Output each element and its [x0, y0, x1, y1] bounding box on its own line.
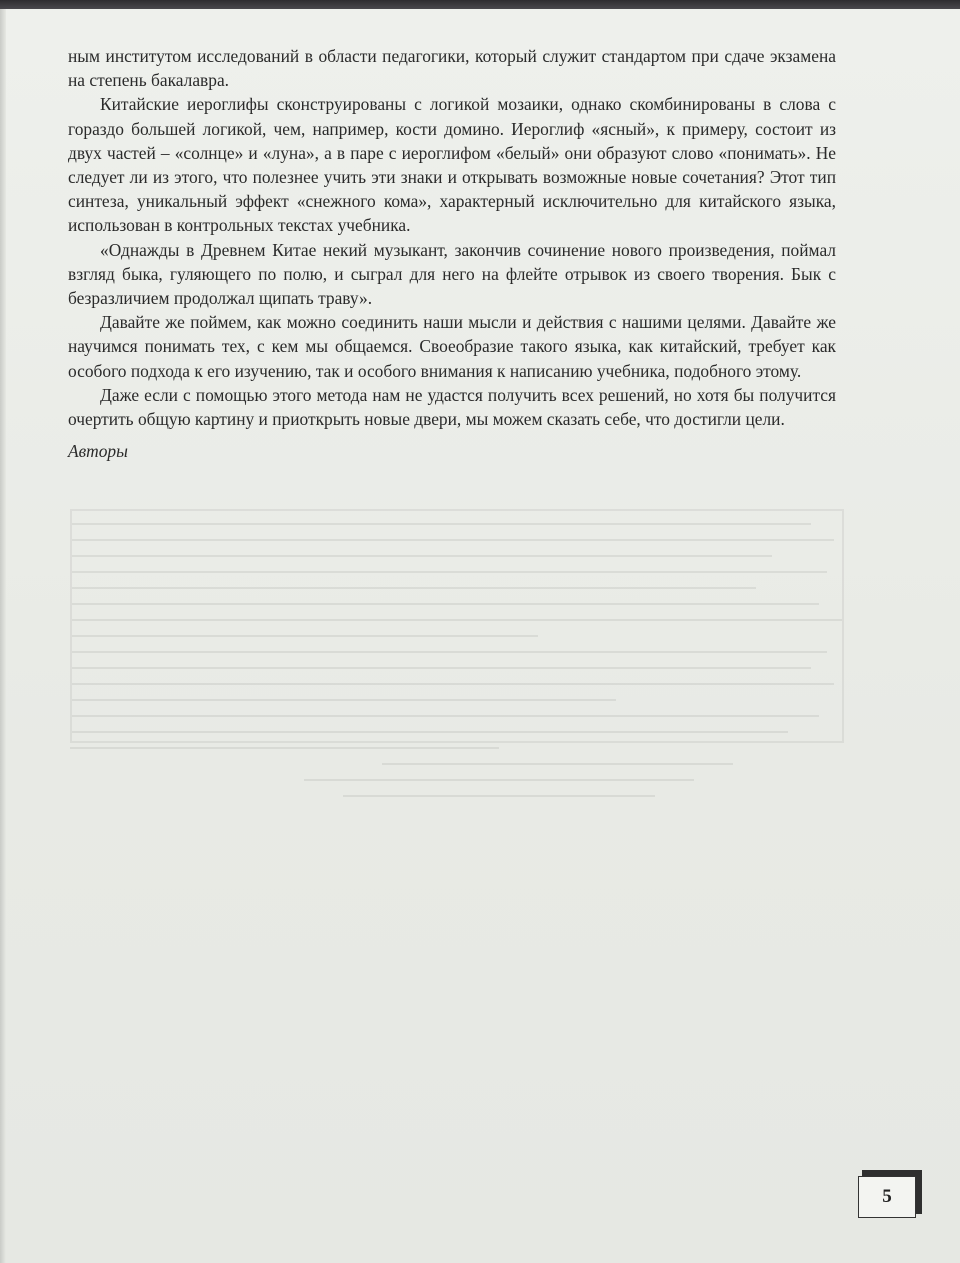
show-through-from-reverse-page	[70, 509, 850, 1129]
page-number: 5	[858, 1176, 916, 1218]
paragraph-4: Давайте же поймем, как можно соединить н…	[68, 310, 836, 383]
signature-authors: Авторы	[68, 439, 836, 463]
paragraph-5: Даже если с помощью этого метода нам не …	[68, 383, 836, 431]
paragraph-3-quote: «Однажды в Древнем Китае некий музыкант,…	[68, 238, 836, 311]
scan-top-edge	[0, 0, 960, 9]
page-number-box: 5	[858, 1170, 920, 1218]
paragraph-2: Китайские иероглифы сконструированы с ло…	[68, 92, 836, 237]
body-text: ным институтом исследований в области пе…	[68, 44, 836, 463]
scan-left-edge	[0, 9, 6, 1263]
paragraph-1: ным институтом исследований в области пе…	[68, 44, 836, 92]
